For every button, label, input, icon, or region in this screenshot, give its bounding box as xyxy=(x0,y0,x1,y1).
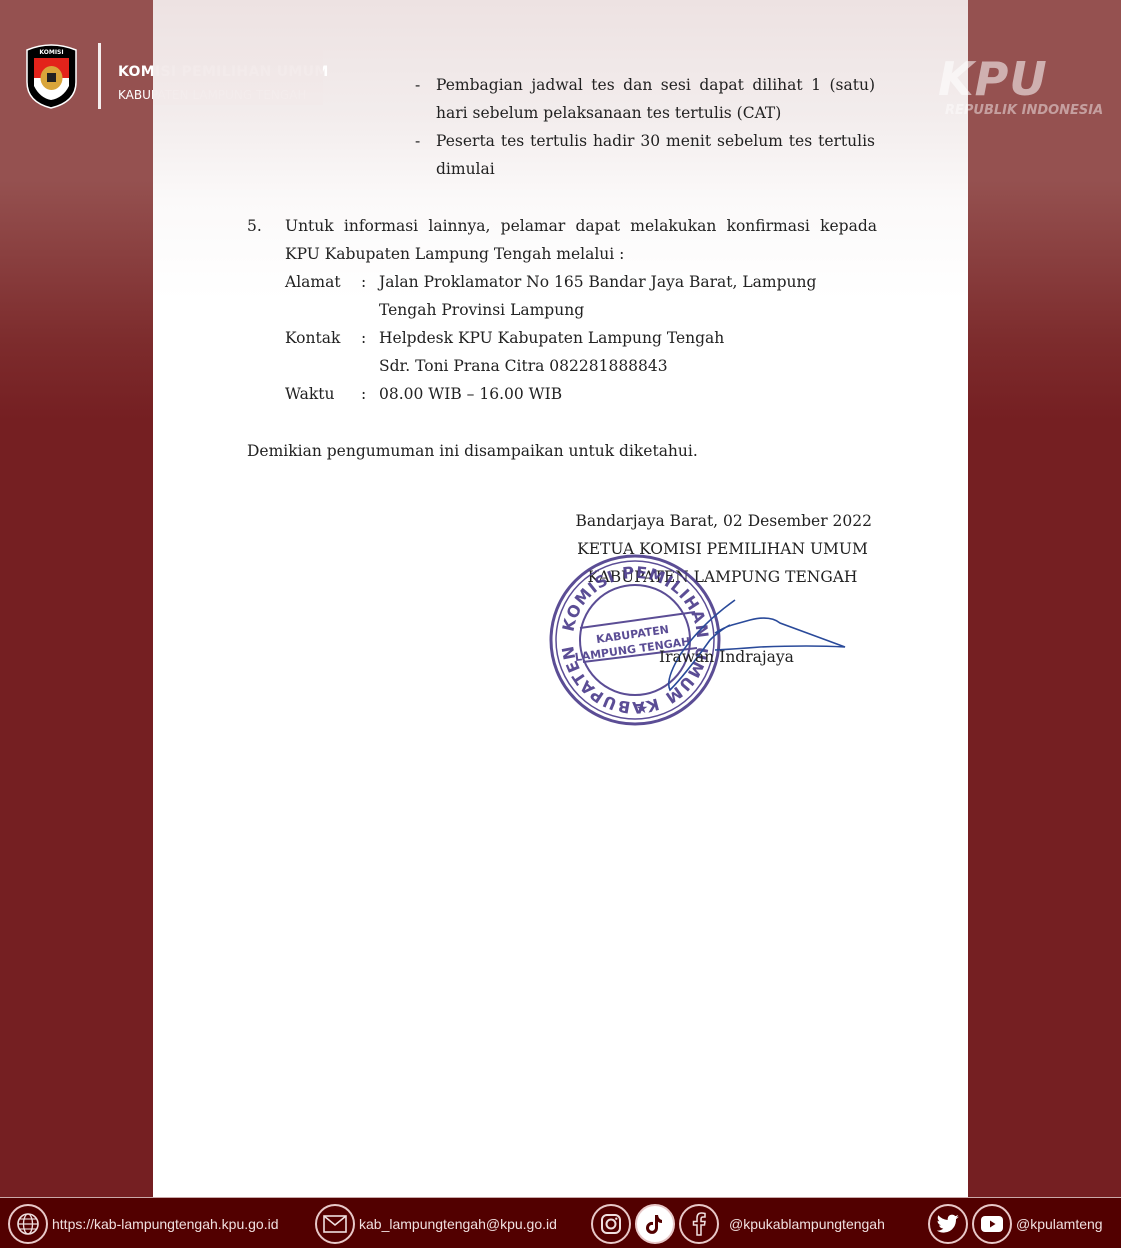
youtube-icon[interactable] xyxy=(972,1204,1012,1244)
footer-email[interactable]: kab_lampungtengah@kpu.go.id xyxy=(315,1202,557,1246)
bullet-list: - Pembagian jadwal tes dan sesi dapat di… xyxy=(415,71,875,183)
kpu-emblem-logo: KOMISI xyxy=(23,42,80,109)
twitter-icon[interactable] xyxy=(928,1204,968,1244)
contact-details: Alamat : Jalan Proklamator No 165 Bandar… xyxy=(285,268,845,408)
kpu-watermark-subtitle: REPUBLIK INDONESIA xyxy=(945,103,1103,118)
contact-row-time: Waktu : 08.00 WIB – 16.00 WIB xyxy=(285,380,845,408)
contact-value: Helpdesk KPU Kabupaten Lampung Tengah Sd… xyxy=(379,324,724,380)
bullet-dash: - xyxy=(415,71,436,127)
header-divider xyxy=(98,43,101,109)
contact-value: 08.00 WIB – 16.00 WIB xyxy=(379,380,562,408)
contact-value-line2: Sdr. Toni Prana Citra 082281888843 xyxy=(379,357,668,375)
bullet-text: Pembagian jadwal tes dan sesi dapat dili… xyxy=(436,71,875,127)
bullet-dash: - xyxy=(415,127,436,183)
bullet-item: - Peserta tes tertulis hadir 30 menit se… xyxy=(415,127,875,183)
footer-social-secondary: @kpulamteng xyxy=(928,1202,1103,1246)
instagram-icon[interactable] xyxy=(591,1204,631,1244)
closing-statement: Demikian pengumuman ini disampaikan untu… xyxy=(247,437,698,465)
website-link[interactable]: https://kab-lampungtengah.kpu.go.id xyxy=(52,1216,279,1232)
contact-value-line1: Helpdesk KPU Kabupaten Lampung Tengah xyxy=(379,329,724,347)
page-fade-overlay xyxy=(153,50,323,105)
contact-label: Alamat xyxy=(285,268,361,324)
kpu-watermark: KPU xyxy=(938,52,1048,106)
contact-colon: : xyxy=(361,324,379,380)
signer-name: Irawan Indrajaya xyxy=(659,648,794,666)
contact-colon: : xyxy=(361,380,379,408)
contact-value: Jalan Proklamator No 165 Bandar Jaya Bar… xyxy=(379,268,829,324)
footer-website[interactable]: https://kab-lampungtengah.kpu.go.id xyxy=(8,1202,279,1246)
globe-icon xyxy=(8,1204,48,1244)
contact-label: Waktu xyxy=(285,380,361,408)
mail-icon xyxy=(315,1204,355,1244)
contact-label: Kontak xyxy=(285,324,361,380)
bullet-text: Peserta tes tertulis hadir 30 menit sebe… xyxy=(436,127,875,183)
email-link[interactable]: kab_lampungtengah@kpu.go.id xyxy=(359,1216,557,1232)
tiktok-icon[interactable] xyxy=(635,1204,675,1244)
facebook-icon[interactable] xyxy=(679,1204,719,1244)
numbered-item-5: 5. Untuk informasi lainnya, pelamar dapa… xyxy=(247,212,877,268)
contact-colon: : xyxy=(361,268,379,324)
svg-text:KOMISI: KOMISI xyxy=(39,49,63,56)
item-number: 5. xyxy=(247,212,285,268)
social-handle-main[interactable]: @kpukablampungtengah xyxy=(729,1216,885,1232)
footer-bar: https://kab-lampungtengah.kpu.go.id kab_… xyxy=(0,1197,1121,1248)
footer-social-main: @kpukablampungtengah xyxy=(591,1202,885,1246)
place-date: Bandarjaya Barat, 02 Desember 2022 xyxy=(540,507,905,535)
contact-row-address: Alamat : Jalan Proklamator No 165 Bandar… xyxy=(285,268,845,324)
contact-row-contact: Kontak : Helpdesk KPU Kabupaten Lampung … xyxy=(285,324,845,380)
social-handle-secondary[interactable]: @kpulamteng xyxy=(1016,1216,1103,1232)
item-text: Untuk informasi lainnya, pelamar dapat m… xyxy=(285,212,877,268)
bullet-item: - Pembagian jadwal tes dan sesi dapat di… xyxy=(415,71,875,127)
